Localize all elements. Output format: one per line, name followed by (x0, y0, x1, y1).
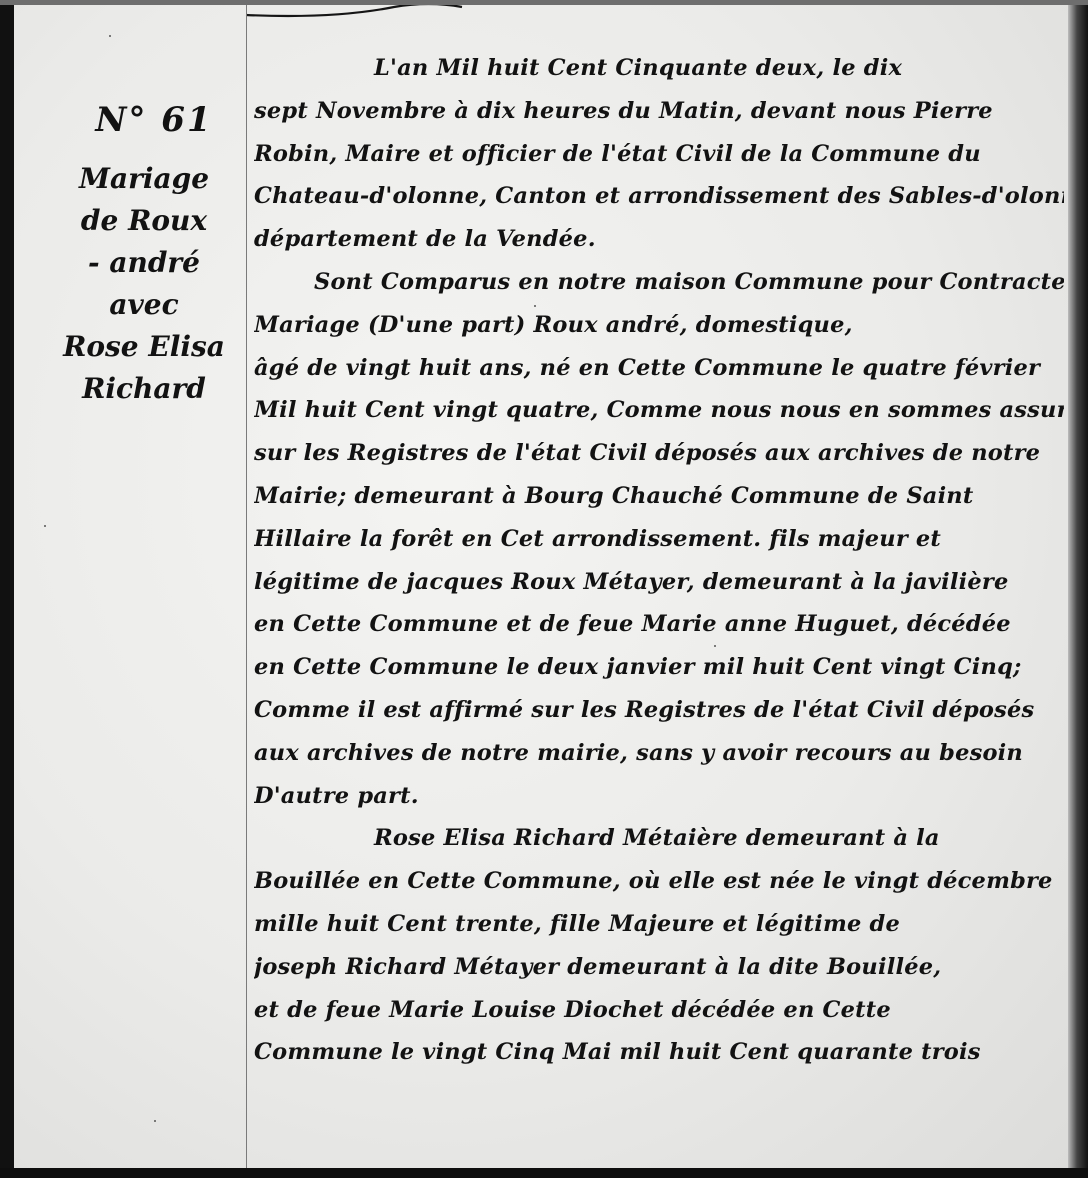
scan-right-edge (1068, 5, 1088, 1178)
text-line: mille huit Cent trente, fille Majeure et… (254, 903, 1064, 946)
text-line: Bouillée en Cette Commune, où elle est n… (254, 860, 1064, 903)
register-page: N° 61 Mariage de Roux - andré avec Rose … (14, 5, 1074, 1170)
act-body-text: L'an Mil huit Cent Cinquante deux, le di… (254, 47, 1064, 1074)
margin-groom-firstname: - andré avec (54, 242, 234, 326)
text-line: Robin, Maire et officier de l'état Civil… (254, 133, 1064, 176)
text-line: Chateau-d'olonne, Canton et arrondisseme… (254, 175, 1064, 218)
text-line: joseph Richard Métayer demeurant à la di… (254, 946, 1064, 989)
text-line: sur les Registres de l'état Civil déposé… (254, 432, 1064, 475)
text-line: Mil huit Cent vingt quatre, Comme nous n… (254, 389, 1064, 432)
text-line: aux archives de notre mairie, sans y avo… (254, 732, 1064, 775)
text-line: légitime de jacques Roux Métayer, demeur… (254, 561, 1064, 604)
text-line: Rose Elisa Richard Métaière demeurant à … (254, 817, 1064, 860)
text-line: Sont Comparus en notre maison Commune po… (254, 261, 1064, 304)
margin-bride-firstnames: Rose Elisa (54, 326, 234, 368)
text-line: département de la Vendée. (254, 218, 1064, 261)
top-flourish-stroke (244, 5, 464, 19)
margin-groom-surname: de Roux (54, 200, 234, 242)
text-line: âgé de vingt huit ans, né en Cette Commu… (254, 347, 1064, 390)
text-line: en Cette Commune le deux janvier mil hui… (254, 646, 1064, 689)
text-line: D'autre part. (254, 775, 1064, 818)
text-line: Comme il est affirmé sur les Registres d… (254, 689, 1064, 732)
scan-left-edge (0, 5, 14, 1178)
margin-bride-surname: Richard (54, 368, 234, 410)
text-line: Mairie; demeurant à Bourg Chauché Commun… (254, 475, 1064, 518)
act-number: N° 61 (74, 100, 234, 140)
scan-bottom-edge (0, 1168, 1088, 1178)
text-line: L'an Mil huit Cent Cinquante deux, le di… (254, 47, 1064, 90)
margin-rule (246, 5, 247, 1170)
text-line: en Cette Commune et de feue Marie anne H… (254, 603, 1064, 646)
text-line: Mariage (D'une part) Roux andré, domesti… (254, 304, 1064, 347)
margin-annotation: N° 61 Mariage de Roux - andré avec Rose … (54, 100, 234, 410)
text-line: Commune le vingt Cinq Mai mil huit Cent … (254, 1031, 1064, 1074)
text-line: sept Novembre à dix heures du Matin, dev… (254, 90, 1064, 133)
margin-title-line: Mariage (54, 158, 234, 200)
text-line: et de feue Marie Louise Diochet décédée … (254, 989, 1064, 1032)
text-line: Hillaire la forêt en Cet arrondissement.… (254, 518, 1064, 561)
